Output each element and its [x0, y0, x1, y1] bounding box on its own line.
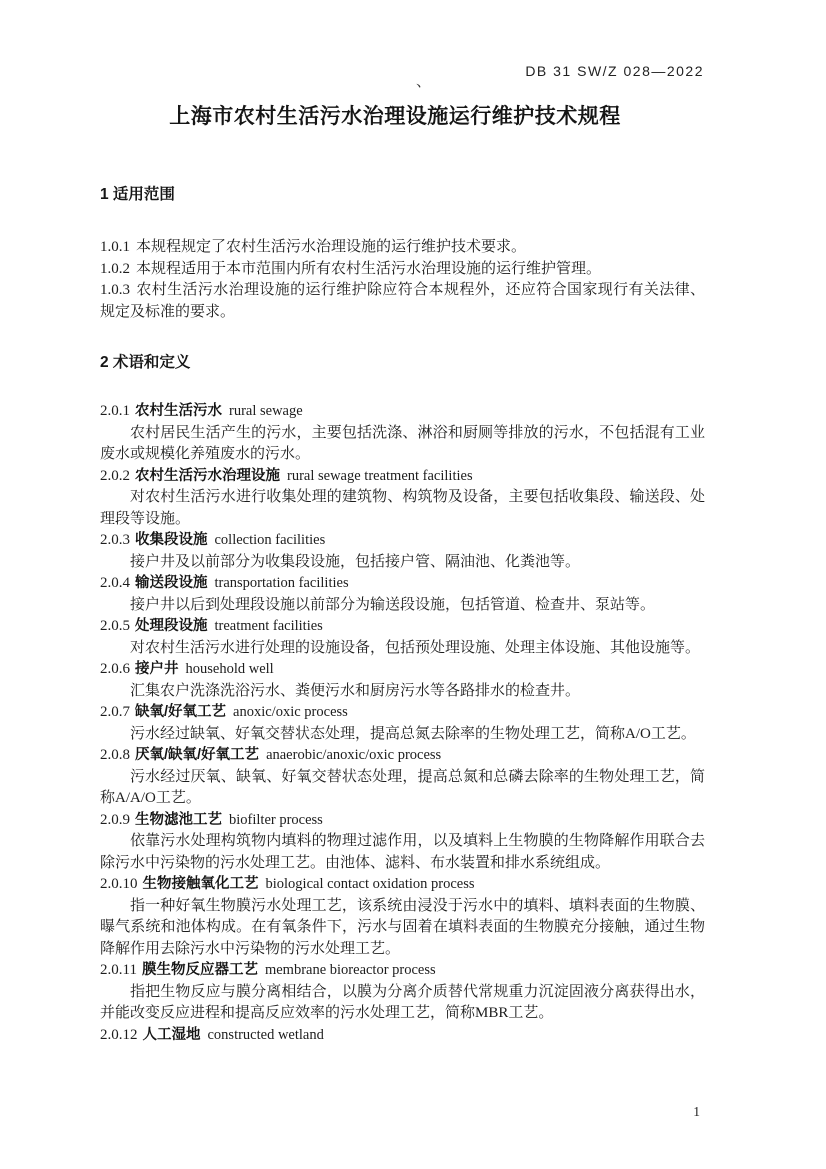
term-name-zh: 膜生物反应器工艺	[142, 962, 258, 978]
term-heading: 2.0.10生物接触氧化工艺biological contact oxidati…	[100, 874, 705, 896]
document-body: 1 适用范围 1.0.1本规程规定了农村生活污水治理设施的运行维护技术要求。 1…	[100, 186, 705, 1046]
term-name-en: treatment facilities	[215, 618, 323, 634]
term-entry: 2.0.2农村生活污水治理设施rural sewage treatment fa…	[100, 466, 705, 531]
term-definition: 农村居民生活产生的污水，主要包括洗涤、淋浴和厨厕等排放的污水，不包括混有工业废水…	[100, 423, 705, 466]
term-name-zh: 接户井	[135, 661, 179, 677]
term-definition: 指把生物反应与膜分离相结合，以膜为分离介质替代常规重力沉淀固液分离获得出水，并能…	[100, 982, 705, 1025]
term-definition: 污水经过厌氧、缺氧、好氧交替状态处理，提高总氮和总磷去除率的生物处理工艺，简称A…	[100, 767, 705, 810]
clause-number: 1.0.1	[100, 239, 130, 255]
term-name-zh: 农村生活污水	[135, 403, 222, 419]
doc-number: DB 31 SW/Z 028—2022	[525, 63, 704, 79]
term-number: 2.0.4	[100, 575, 130, 591]
term-name-zh: 输送段设施	[135, 575, 208, 591]
document-page: DB 31 SW/Z 028—2022 、 上海市农村生活污水治理设施运行维护技…	[0, 0, 826, 1169]
term-entry: 2.0.3收集段设施collection facilities 接户井及以前部分…	[100, 530, 705, 573]
section-heading-scope: 1 适用范围	[100, 186, 705, 204]
term-heading: 2.0.1农村生活污水rural sewage	[100, 401, 705, 423]
page-title: 上海市农村生活污水治理设施运行维护技术规程	[169, 104, 621, 128]
term-number: 2.0.6	[100, 661, 130, 677]
term-name-zh: 农村生活污水治理设施	[135, 468, 280, 484]
term-definition: 对农村生活污水进行处理的设施设备，包括预处理设施、处理主体设施、其他设施等。	[100, 638, 705, 660]
term-number: 2.0.1	[100, 403, 130, 419]
term-entry: 2.0.6接户井household well 汇集农户洗涤洗浴污水、粪便污水和厨…	[100, 659, 705, 702]
term-definition: 接户井以后到处理段设施以前部分为输送段设施，包括管道、检查井、泵站等。	[100, 595, 705, 617]
term-name-zh: 处理段设施	[135, 618, 208, 634]
clause: 1.0.3农村生活污水治理设施的运行维护除应符合本规程外，还应符合国家现行有关法…	[100, 280, 705, 323]
term-name-en: membrane bioreactor process	[265, 962, 436, 978]
term-entry: 2.0.7缺氧/好氧工艺anoxic/oxic process 污水经过缺氧、好…	[100, 702, 705, 745]
clause-text: 本规程适用于本市范围内所有农村生活污水治理设施的运行维护管理。	[136, 261, 601, 277]
term-entry: 2.0.1农村生活污水rural sewage 农村居民生活产生的污水，主要包括…	[100, 401, 705, 466]
clause: 1.0.2本规程适用于本市范围内所有农村生活污水治理设施的运行维护管理。	[100, 259, 705, 281]
clause-text: 农村生活污水治理设施的运行维护除应符合本规程外，还应符合国家现行有关法律、规定及…	[100, 282, 705, 320]
term-number: 2.0.3	[100, 532, 130, 548]
term-name-zh: 生物接触氧化工艺	[143, 876, 259, 892]
term-number: 2.0.8	[100, 747, 130, 763]
term-heading: 2.0.4输送段设施transportation facilities	[100, 573, 705, 595]
term-number: 2.0.5	[100, 618, 130, 634]
term-number: 2.0.12	[100, 1027, 138, 1043]
clause: 1.0.1本规程规定了农村生活污水治理设施的运行维护技术要求。	[100, 237, 705, 259]
term-name-en: anoxic/oxic process	[233, 704, 348, 720]
term-number: 2.0.2	[100, 468, 130, 484]
term-definition: 接户井及以前部分为收集段设施，包括接户管、隔油池、化粪池等。	[100, 552, 705, 574]
title-block: 上海市农村生活污水治理设施运行维护技术规程	[0, 100, 790, 130]
term-name-en: household well	[186, 661, 274, 677]
term-name-en: biological contact oxidation process	[266, 876, 475, 892]
section-heading-terms: 2 术语和定义	[100, 354, 705, 372]
term-heading: 2.0.2农村生活污水治理设施rural sewage treatment fa…	[100, 466, 705, 488]
term-heading: 2.0.12人工湿地constructed wetland	[100, 1025, 705, 1047]
term-entry: 2.0.9生物滤池工艺biofilter process 依靠污水处理构筑物内填…	[100, 810, 705, 875]
term-heading: 2.0.7缺氧/好氧工艺anoxic/oxic process	[100, 702, 705, 724]
term-name-zh: 缺氧/好氧工艺	[135, 704, 226, 720]
term-name-en: rural sewage	[229, 403, 303, 419]
page-number: 1	[600, 1104, 700, 1120]
term-definition: 依靠污水处理构筑物内填料的物理过滤作用，以及填料上生物膜的生物降解作用联合去除污…	[100, 831, 705, 874]
term-number: 2.0.11	[100, 962, 137, 978]
clause-number: 1.0.2	[100, 261, 130, 277]
term-entry: 2.0.5处理段设施treatment facilities 对农村生活污水进行…	[100, 616, 705, 659]
term-number: 2.0.7	[100, 704, 130, 720]
term-definition: 污水经过缺氧、好氧交替状态处理，提高总氮去除率的生物处理工艺，简称A/O工艺。	[100, 724, 705, 746]
term-name-zh: 人工湿地	[143, 1027, 201, 1043]
term-entry: 2.0.4输送段设施transportation facilities 接户井以…	[100, 573, 705, 616]
term-name-en: rural sewage treatment facilities	[287, 468, 473, 484]
term-entry: 2.0.10生物接触氧化工艺biological contact oxidati…	[100, 874, 705, 960]
term-name-zh: 生物滤池工艺	[135, 812, 222, 828]
clause-number: 1.0.3	[100, 282, 130, 298]
term-entry: 2.0.11膜生物反应器工艺membrane bioreactor proces…	[100, 960, 705, 1025]
term-definition: 汇集农户洗涤洗浴污水、粪便污水和厨房污水等各路排水的检查井。	[100, 681, 705, 703]
term-heading: 2.0.11膜生物反应器工艺membrane bioreactor proces…	[100, 960, 705, 982]
term-name-en: transportation facilities	[215, 575, 349, 591]
term-entry: 2.0.12人工湿地constructed wetland	[100, 1025, 705, 1047]
clause-text: 本规程规定了农村生活污水治理设施的运行维护技术要求。	[136, 239, 526, 255]
term-definition: 对农村生活污水进行收集处理的建筑物、构筑物及设备，主要包括收集段、输送段、处理段…	[100, 487, 705, 530]
stray-punctuation-mark: 、	[416, 70, 431, 91]
term-name-en: anaerobic/anoxic/oxic process	[266, 747, 441, 763]
term-number: 2.0.9	[100, 812, 130, 828]
term-name-zh: 收集段设施	[135, 532, 208, 548]
term-heading: 2.0.9生物滤池工艺biofilter process	[100, 810, 705, 832]
term-name-zh: 厌氧/缺氧/好氧工艺	[135, 747, 259, 763]
term-heading: 2.0.3收集段设施collection facilities	[100, 530, 705, 552]
term-heading: 2.0.8厌氧/缺氧/好氧工艺anaerobic/anoxic/oxic pro…	[100, 745, 705, 767]
term-name-en: biofilter process	[229, 812, 323, 828]
term-heading: 2.0.6接户井household well	[100, 659, 705, 681]
term-entry: 2.0.8厌氧/缺氧/好氧工艺anaerobic/anoxic/oxic pro…	[100, 745, 705, 810]
term-definition: 指一种好氧生物膜污水处理工艺，该系统由浸没于污水中的填料、填料表面的生物膜、曝气…	[100, 896, 705, 961]
term-heading: 2.0.5处理段设施treatment facilities	[100, 616, 705, 638]
term-number: 2.0.10	[100, 876, 138, 892]
term-name-en: constructed wetland	[208, 1027, 324, 1043]
term-name-en: collection facilities	[215, 532, 326, 548]
